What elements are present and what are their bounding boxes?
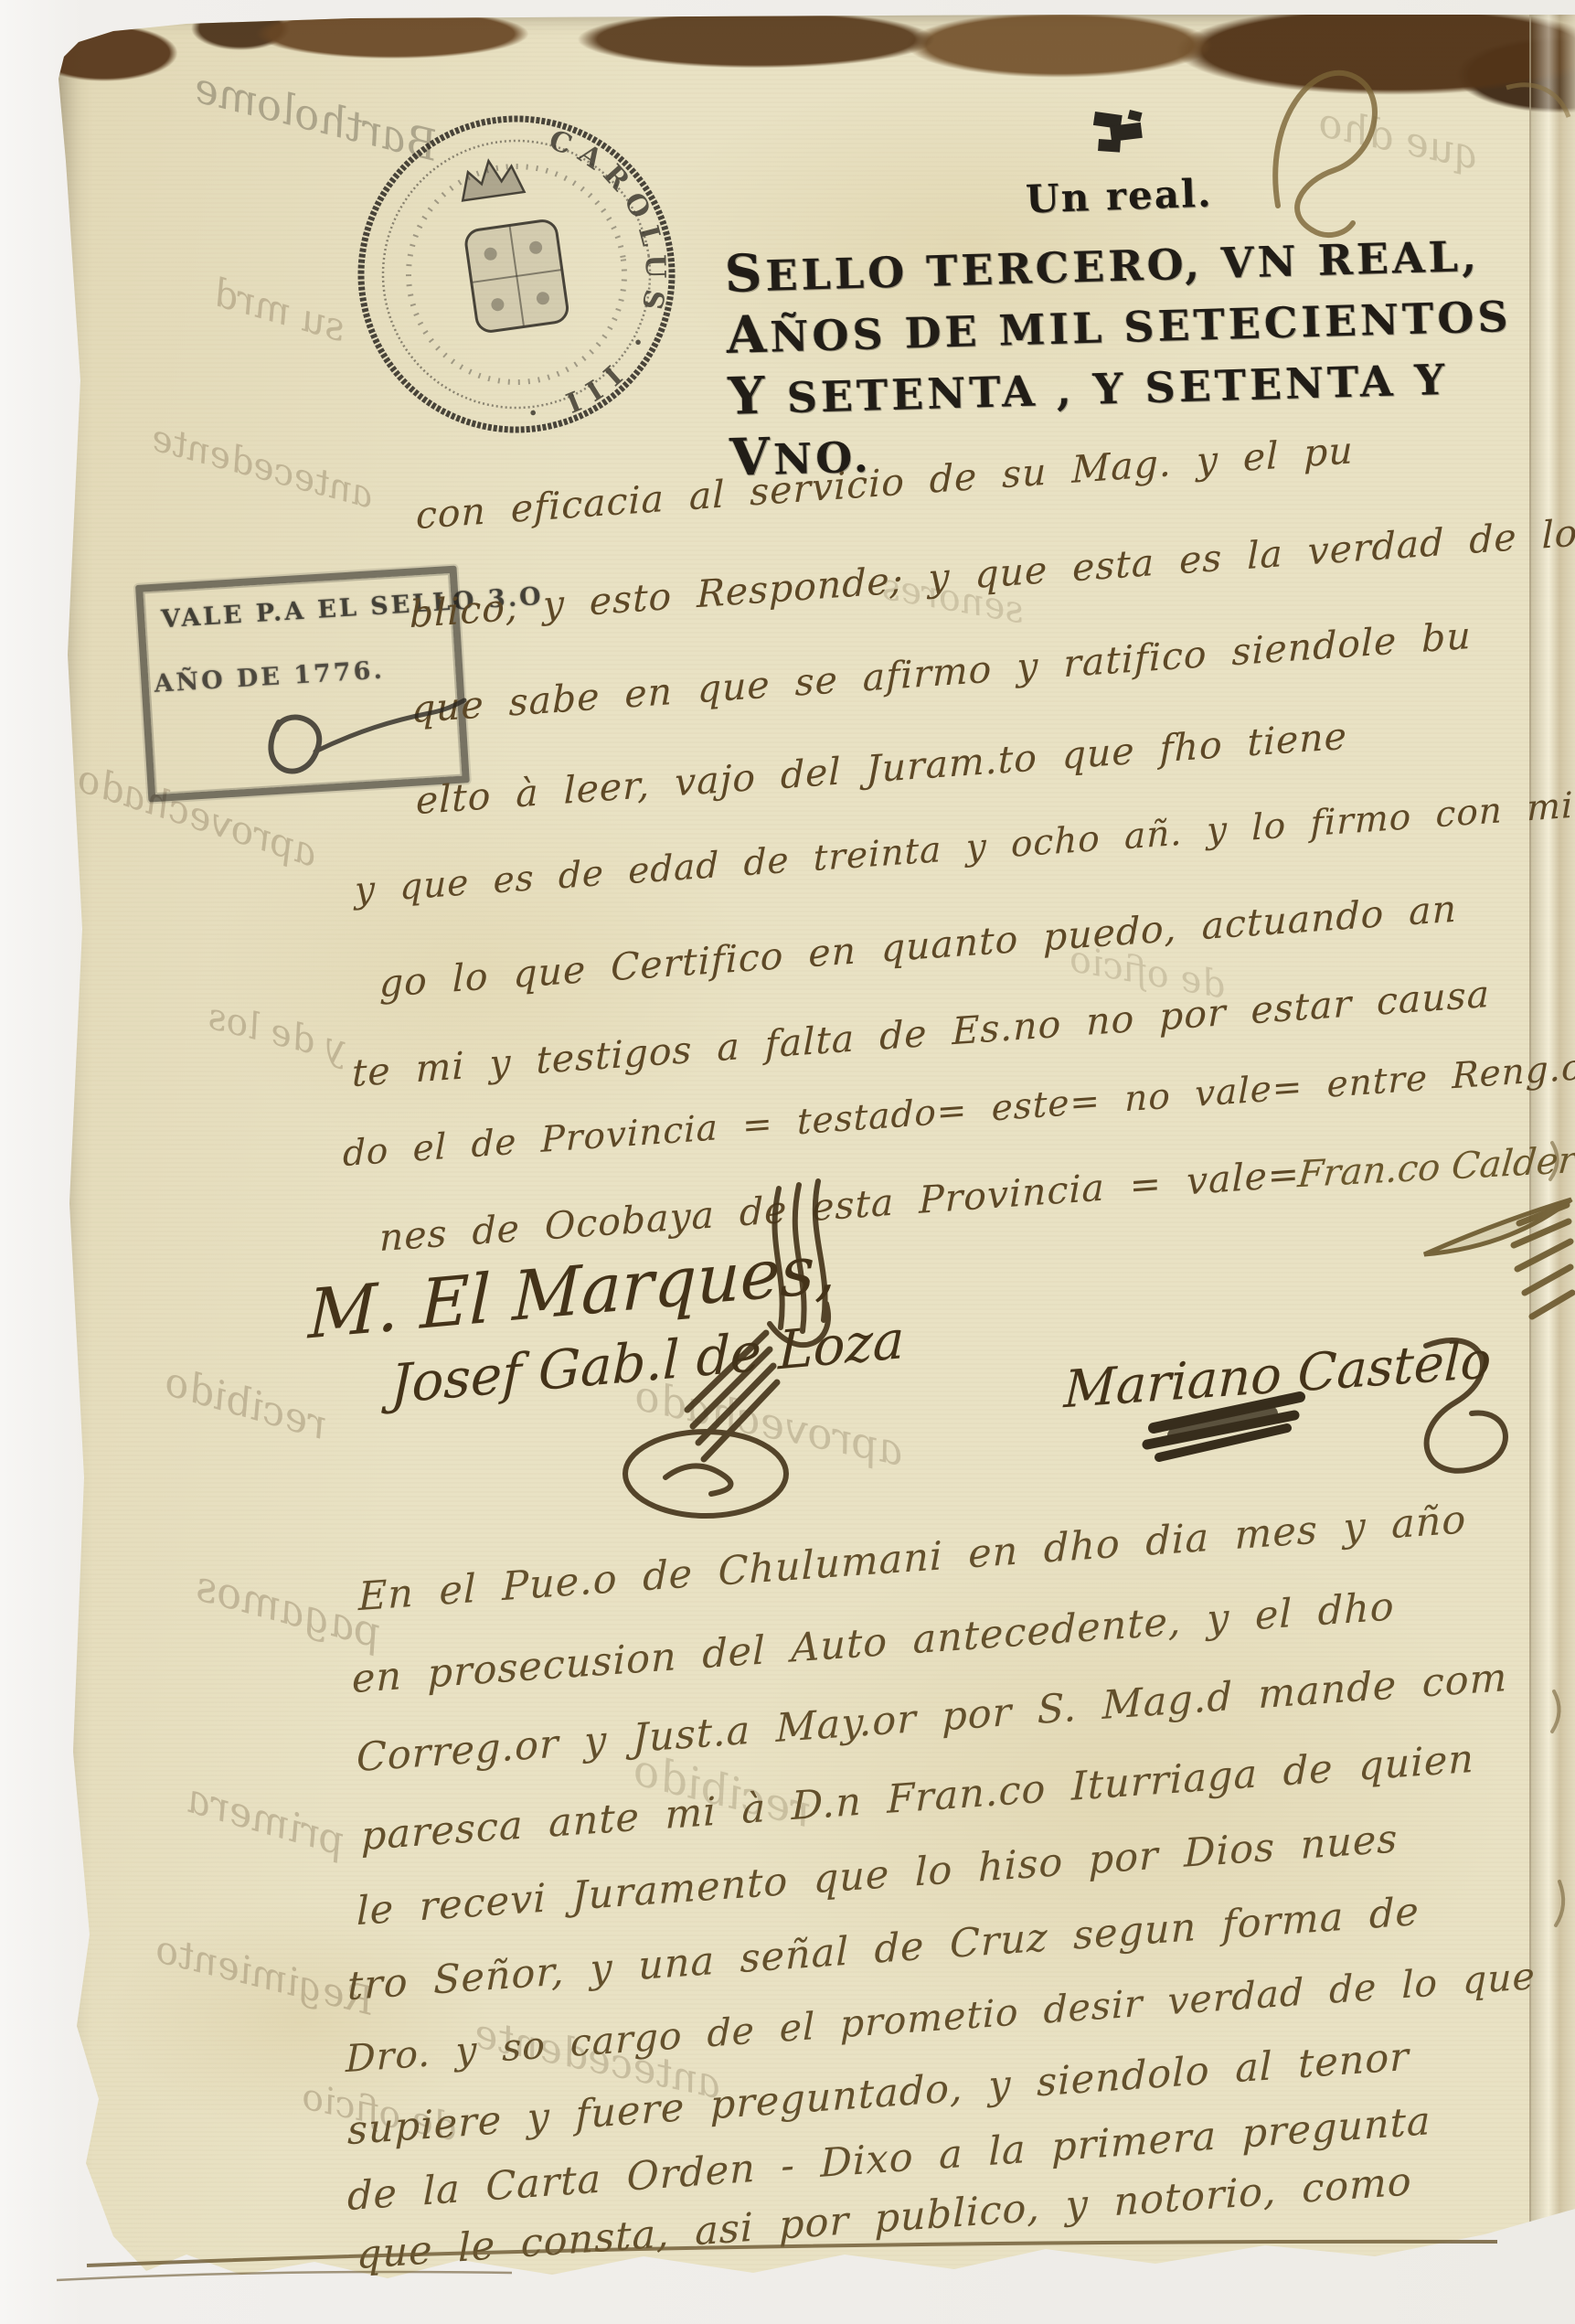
- bleedthrough-text: su mrd: [208, 270, 351, 350]
- bleedthrough-text: Bartholome: [189, 62, 442, 170]
- revalidation-stamp-line2: AÑO DE 1776.: [154, 656, 386, 698]
- bleedthrough-text: Regimiento: [151, 1926, 378, 2024]
- tax-value-print: Un real.: [1025, 170, 1213, 221]
- bleedthrough-text: primera: [182, 1775, 351, 1865]
- bleedthrough-text: recibido: [159, 1359, 333, 1449]
- closing-rule-secondary: [57, 2272, 512, 2280]
- bleedthrough-text: y de los: [204, 996, 351, 1071]
- bleedthrough-text: antecedente: [146, 417, 378, 517]
- scanned-manuscript-canvas: Bartholome su mrd antecedente aprovechad…: [0, 0, 1575, 2324]
- bleedthrough-text: que dho: [1314, 100, 1485, 179]
